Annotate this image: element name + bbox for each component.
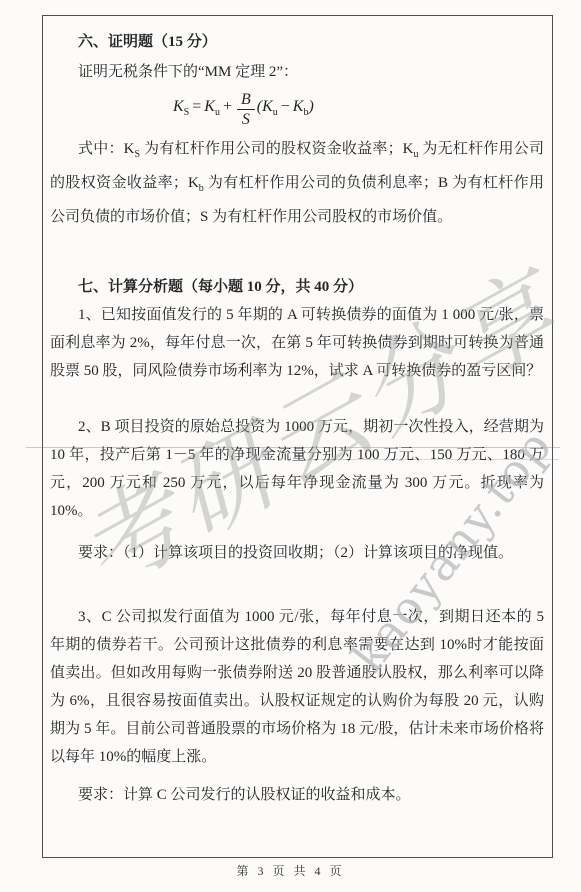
section-6-heading: 六、证明题（15 分） [50,28,544,56]
question-2-requirements: 要求：（1）计算该项目的投资回收期；（2）计算该项目的净现值。 [50,539,544,567]
var-ku: Ku [403,141,419,157]
close-paren: ) [308,98,313,115]
fraction-b-over-s: BS [237,90,255,129]
minus-sign: − [278,98,293,115]
formula-lhs: KS [173,98,189,115]
question-3: 3、C 公司拟发行面值为 1000 元/张，每年付息一次，到期日还本的 5 年期… [50,603,544,771]
section-6-intro: 证明无税条件下的“MM 定理 2”： [50,58,544,86]
question-1: 1、已知按面值发行的 5 年期的 A 可转换债券的面值为 1 000 元/张，票… [50,301,544,385]
mm-theorem-formula: KS=Ku+BS(Ku−Kb) [173,90,544,129]
var-ks: KS [124,141,140,157]
formula-term-ku: Ku [204,98,220,115]
question-3-requirements: 要求：计算 C 公司发行的认股权证的收益和成本。 [50,781,544,809]
var-kb: Kb [188,175,204,191]
page-number-footer: 第 3 页 共 4 页 [0,862,581,879]
formula-term-ku2: Ku [262,98,278,115]
plus-sign: + [220,98,235,115]
exam-content: 六、证明题（15 分） 证明无税条件下的“MM 定理 2”： KS=Ku+BS(… [50,15,544,809]
formula-variable-legend: 式中：KS 为有杠杆作用公司的股权资金收益率；Ku 为无杠杆作用公司的股权资金收… [50,135,544,231]
equals-sign: = [189,98,204,115]
scanned-exam-page: 六、证明题（15 分） 证明无税条件下的“MM 定理 2”： KS=Ku+BS(… [0,0,581,892]
question-2: 2、B 项目投资的原始总投资为 1000 万元，期初一次性投入，经营期为 10 … [50,413,544,525]
section-7-heading: 七、计算分析题（每小题 10 分，共 40 分） [50,273,544,301]
formula-term-kb: Kb [293,98,309,115]
